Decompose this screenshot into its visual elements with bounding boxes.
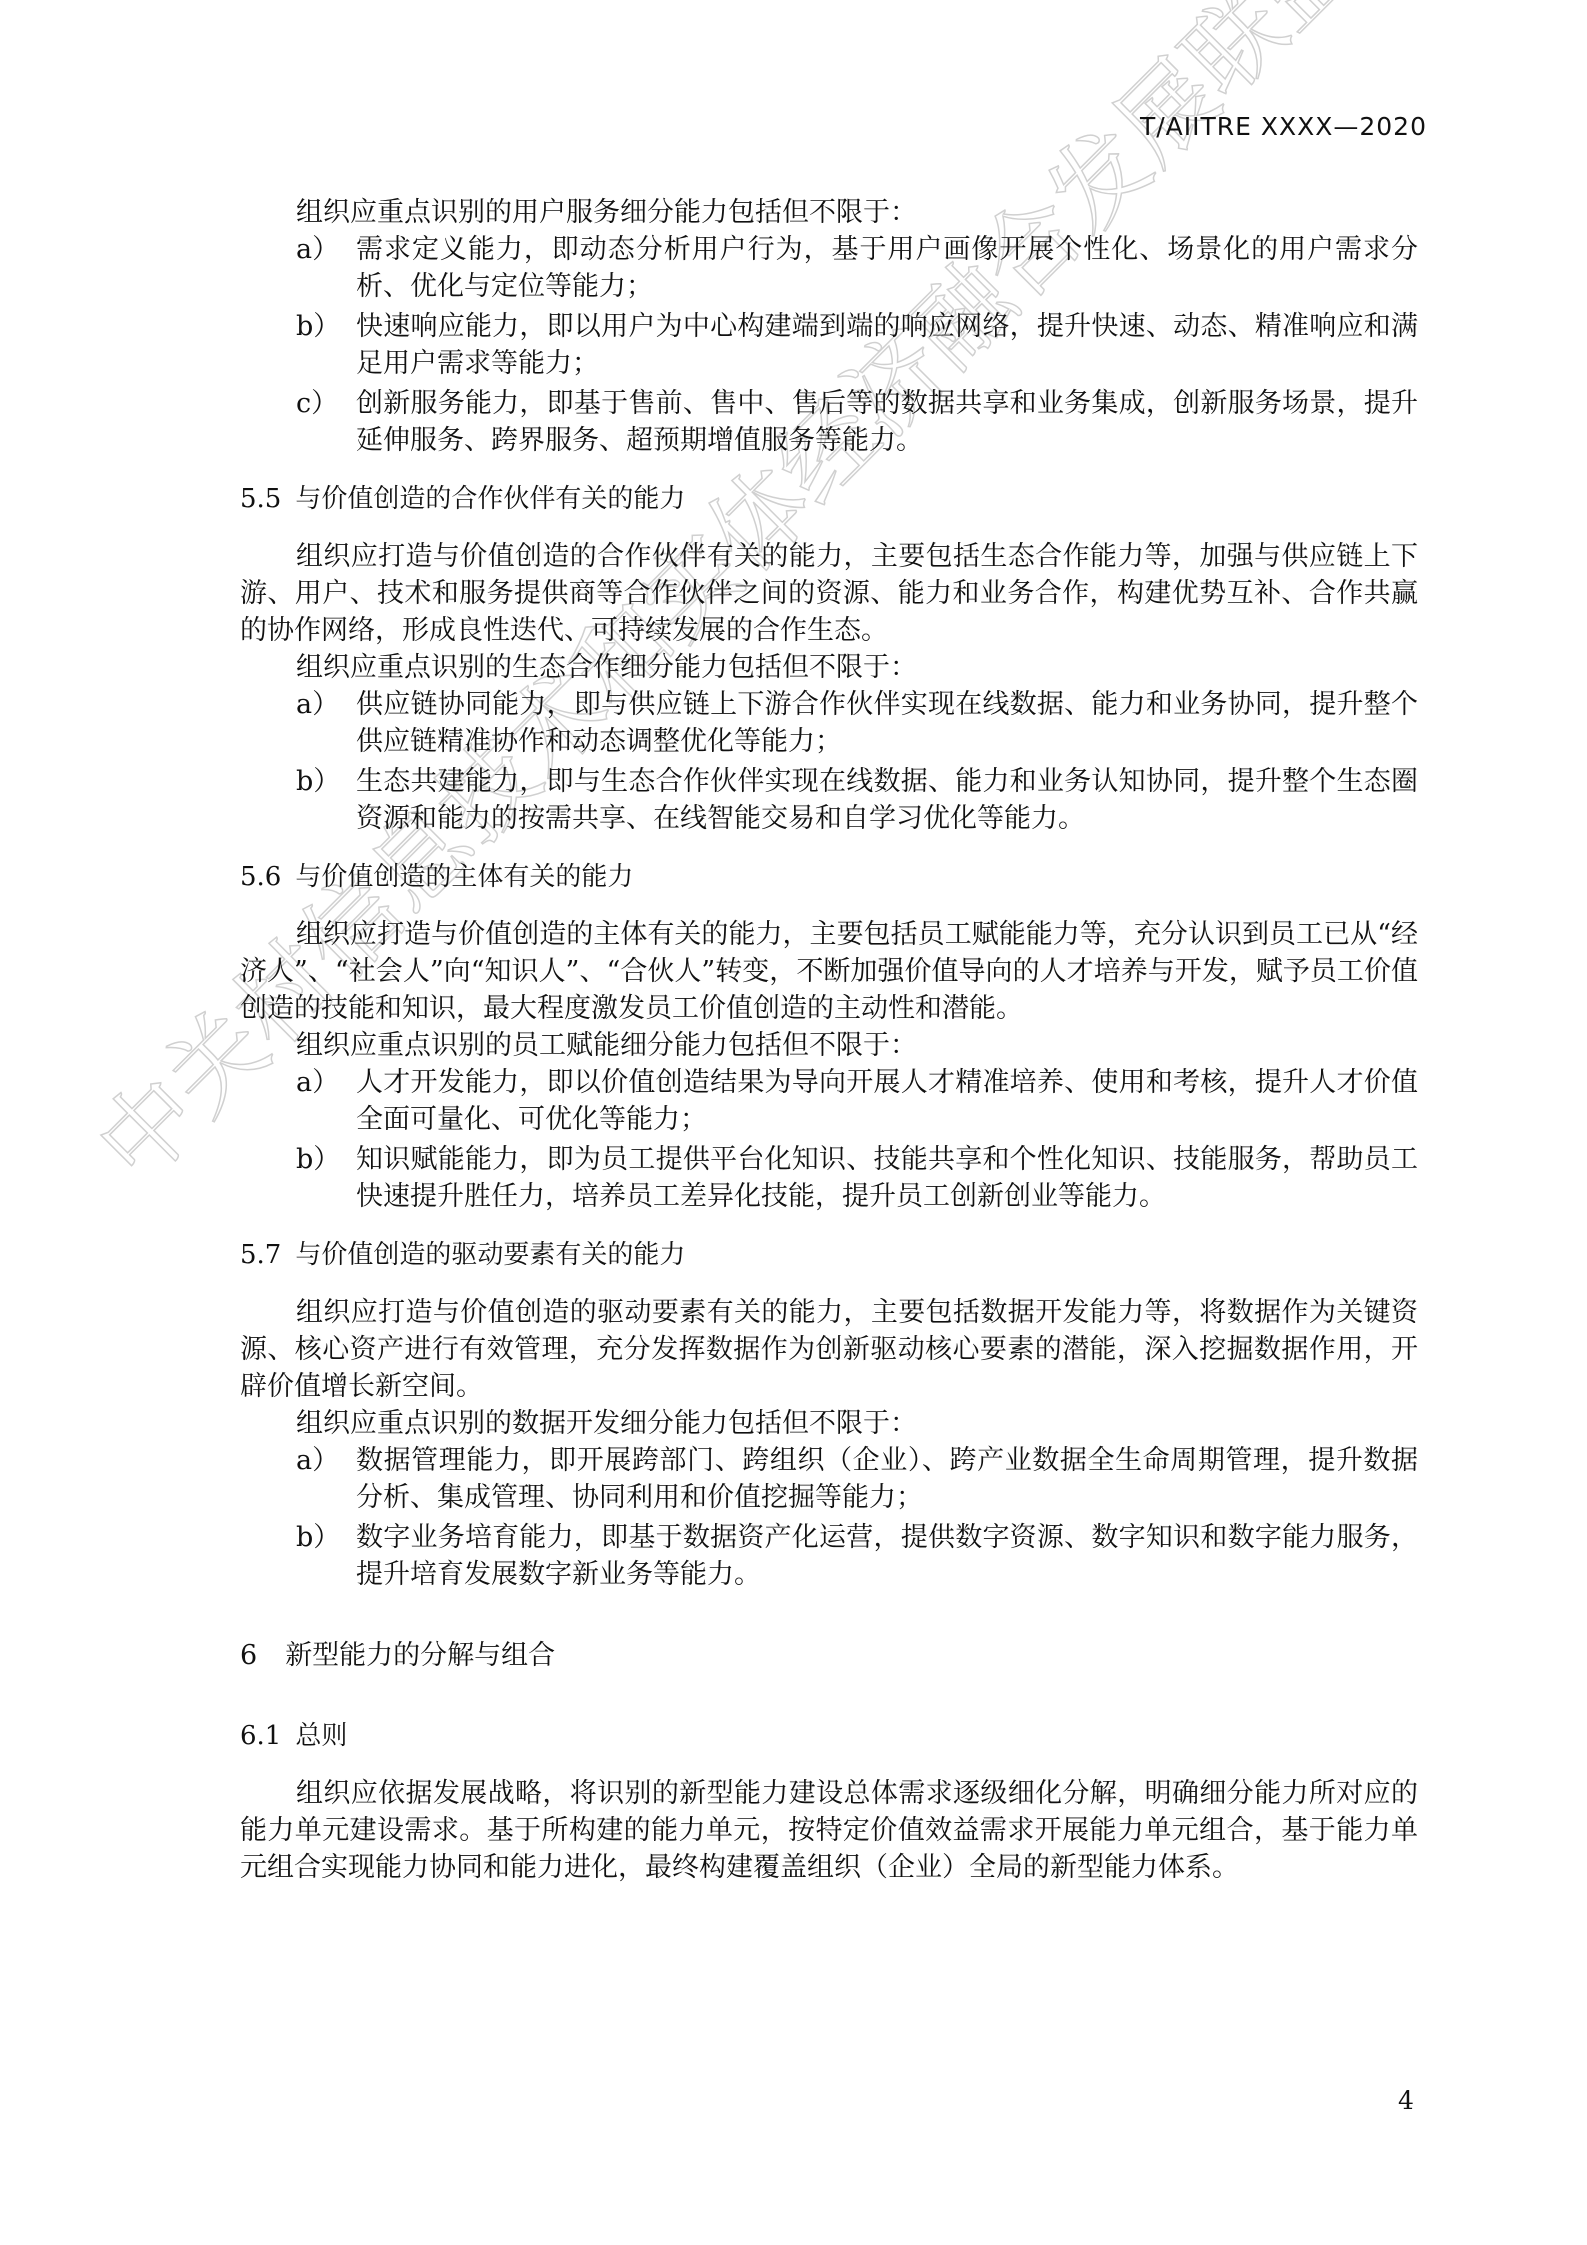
section-paragraph: 组织应打造与价值创造的主体有关的能力，主要包括员工赋能能力等，充分认识到员工已从… <box>240 916 1418 1027</box>
section-heading-5-5: 5.5与价值创造的合作伙伴有关的能力 <box>240 481 1418 518</box>
list-text: 创新服务能力，即基于售前、售中、售后等的数据共享和业务集成，创新服务场景，提升延… <box>356 385 1418 459</box>
section-heading-6-1: 6.1总则 <box>240 1718 1418 1755</box>
list-text: 数字业务培育能力，即基于数据资产化运营，提供数字资源、数字知识和数字能力服务，提… <box>356 1519 1418 1593</box>
list-text: 数据管理能力，即开展跨部门、跨组织（企业）、跨产业数据全生命周期管理，提升数据分… <box>356 1442 1418 1516</box>
list-item: b） 数字业务培育能力，即基于数据资产化运营，提供数字资源、数字知识和数字能力服… <box>240 1519 1418 1593</box>
section-title: 与价值创造的主体有关的能力 <box>295 862 633 892</box>
list-label: b） <box>240 763 356 837</box>
section-title: 与价值创造的合作伙伴有关的能力 <box>295 484 685 514</box>
list-label: c） <box>240 385 356 459</box>
section-heading-5-6: 5.6与价值创造的主体有关的能力 <box>240 859 1418 896</box>
section-paragraph: 组织应打造与价值创造的合作伙伴有关的能力，主要包括生态合作能力等，加强与供应链上… <box>240 538 1418 649</box>
list-label: a） <box>240 1064 356 1138</box>
list-item: b） 知识赋能能力，即为员工提供平台化知识、技能共享和个性化知识、技能服务，帮助… <box>240 1141 1418 1215</box>
list-text: 知识赋能能力，即为员工提供平台化知识、技能共享和个性化知识、技能服务，帮助员工快… <box>356 1141 1418 1215</box>
list-text: 生态共建能力，即与生态合作伙伴实现在线数据、能力和业务认知协同，提升整个生态圈资… <box>356 763 1418 837</box>
section-paragraph: 组织应依据发展战略，将识别的新型能力建设总体需求逐级细化分解，明确细分能力所对应… <box>240 1775 1418 1886</box>
section-heading-5-7: 5.7与价值创造的驱动要素有关的能力 <box>240 1237 1418 1274</box>
list-label: a） <box>240 686 356 760</box>
document-code-header: T/AIITRE XXXX—2020 <box>1140 112 1427 141</box>
list-item: a） 供应链协同能力，即与供应链上下游合作伙伴实现在线数据、能力和业务协同，提升… <box>240 686 1418 760</box>
section-title: 与价值创造的驱动要素有关的能力 <box>295 1240 685 1270</box>
chapter-heading-6: 6新型能力的分解与组合 <box>240 1637 1418 1674</box>
section-title: 总则 <box>295 1721 347 1751</box>
intro-lead: 组织应重点识别的用户服务细分能力包括但不限于： <box>240 194 1418 231</box>
section-number: 5.7 <box>240 1240 281 1270</box>
list-item: b） 生态共建能力，即与生态合作伙伴实现在线数据、能力和业务认知协同，提升整个生… <box>240 763 1418 837</box>
list-item: a） 人才开发能力，即以价值创造结果为导向开展人才精准培养、使用和考核，提升人才… <box>240 1064 1418 1138</box>
list-item: a） 数据管理能力，即开展跨部门、跨组织（企业）、跨产业数据全生命周期管理，提升… <box>240 1442 1418 1516</box>
list-label: a） <box>240 231 356 305</box>
list-text: 需求定义能力，即动态分析用户行为，基于用户画像开展个性化、场景化的用户需求分析、… <box>356 231 1418 305</box>
section-lead: 组织应重点识别的数据开发细分能力包括但不限于： <box>240 1405 1418 1442</box>
list-item: a） 需求定义能力，即动态分析用户行为，基于用户画像开展个性化、场景化的用户需求… <box>240 231 1418 305</box>
page-number: 4 <box>1398 2086 1414 2115</box>
document-page: 中关村信息技术和实体经济融合发展联盟 T/AIITRE XXXX—2020 组织… <box>0 0 1587 2245</box>
section-number: 5.5 <box>240 484 281 514</box>
list-item: b） 快速响应能力，即以用户为中心构建端到端的响应网络，提升快速、动态、精准响应… <box>240 308 1418 382</box>
chapter-title: 新型能力的分解与组合 <box>285 1640 555 1671</box>
document-body: 组织应重点识别的用户服务细分能力包括但不限于： a） 需求定义能力，即动态分析用… <box>240 194 1418 1886</box>
list-label: b） <box>240 308 356 382</box>
list-label: b） <box>240 1519 356 1593</box>
list-label: a） <box>240 1442 356 1516</box>
section-number: 6.1 <box>240 1721 281 1751</box>
section-lead: 组织应重点识别的员工赋能细分能力包括但不限于： <box>240 1027 1418 1064</box>
list-label: b） <box>240 1141 356 1215</box>
list-text: 人才开发能力，即以价值创造结果为导向开展人才精准培养、使用和考核，提升人才价值全… <box>356 1064 1418 1138</box>
chapter-number: 6 <box>240 1640 257 1671</box>
section-lead: 组织应重点识别的生态合作细分能力包括但不限于： <box>240 649 1418 686</box>
section-number: 5.6 <box>240 862 281 892</box>
section-paragraph: 组织应打造与价值创造的驱动要素有关的能力，主要包括数据开发能力等，将数据作为关键… <box>240 1294 1418 1405</box>
list-text: 供应链协同能力，即与供应链上下游合作伙伴实现在线数据、能力和业务协同，提升整个供… <box>356 686 1418 760</box>
list-item: c） 创新服务能力，即基于售前、售中、售后等的数据共享和业务集成，创新服务场景，… <box>240 385 1418 459</box>
list-text: 快速响应能力，即以用户为中心构建端到端的响应网络，提升快速、动态、精准响应和满足… <box>356 308 1418 382</box>
